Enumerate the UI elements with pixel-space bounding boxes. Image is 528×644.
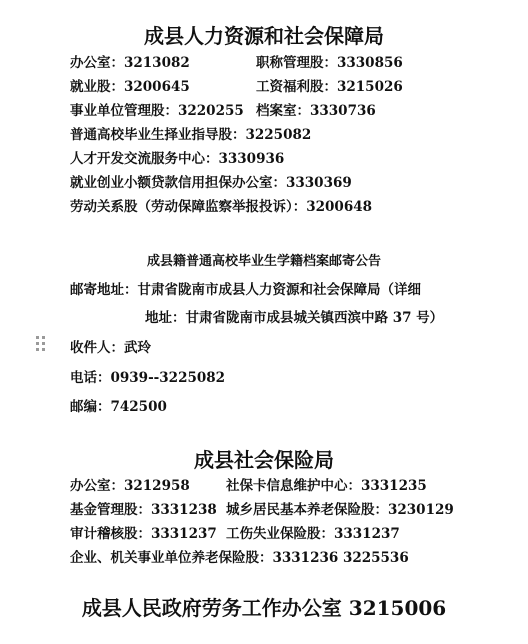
mailing-address-line1: 邮寄地址：甘肃省陇南市成县人力资源和社会保障局（详细 [70, 278, 421, 298]
labor-office-title: 成县人民政府劳务工作办公室 3215006 [0, 592, 528, 621]
contact-wages-welfare: 工资福利股：3215026 [256, 75, 403, 95]
contact-public-institution: 事业单位管理股：3220255 [70, 99, 244, 119]
contact-office: 办公室：3213082 [70, 51, 190, 71]
recipient: 收件人：武玲 [70, 336, 151, 356]
contact-archives: 档案室：3330736 [256, 99, 376, 119]
contact-loan-guarantee: 就业创业小额贷款信用担保办公室：3330369 [70, 171, 352, 191]
si-enterprise-pension: 企业、机关事业单位养老保险股：3331236 3225536 [70, 546, 409, 566]
si-office: 办公室：3212958 [70, 474, 190, 494]
phone: 电话：0939--3225082 [70, 366, 225, 386]
postcode: 邮编：742500 [70, 395, 167, 415]
si-fund-management: 基金管理股：3331238 [70, 498, 217, 518]
si-card-center: 社保卡信息维护中心：3331235 [226, 474, 427, 494]
contact-employment: 就业股：3200645 [70, 75, 190, 95]
contact-labor-relations: 劳动关系股（劳动保障监察举报投诉）：3200648 [70, 195, 372, 215]
mailing-address-line2: 地址：甘肃省陇南市成县城关镇西滨中路 37 号） [145, 306, 443, 326]
drag-handle-icon[interactable] [36, 336, 46, 354]
si-injury-unemployment: 工伤失业保险股：3331237 [226, 522, 400, 542]
contact-talent-center: 人才开发交流服务中心：3330936 [70, 147, 284, 167]
social-insurance-title: 成县社会保险局 [0, 444, 528, 473]
hrss-bureau-title: 成县人力资源和社会保障局 [0, 20, 528, 49]
si-audit: 审计稽核股：3331237 [70, 522, 217, 542]
mailing-notice-title: 成县籍普通高校毕业生学籍档案邮寄公告 [0, 250, 528, 269]
si-rural-pension: 城乡居民基本养老保险股：3230129 [226, 498, 454, 518]
contact-graduate-guidance: 普通高校毕业生择业指导股：3225082 [70, 123, 311, 143]
contact-title-management: 职称管理股：3330856 [256, 51, 403, 71]
